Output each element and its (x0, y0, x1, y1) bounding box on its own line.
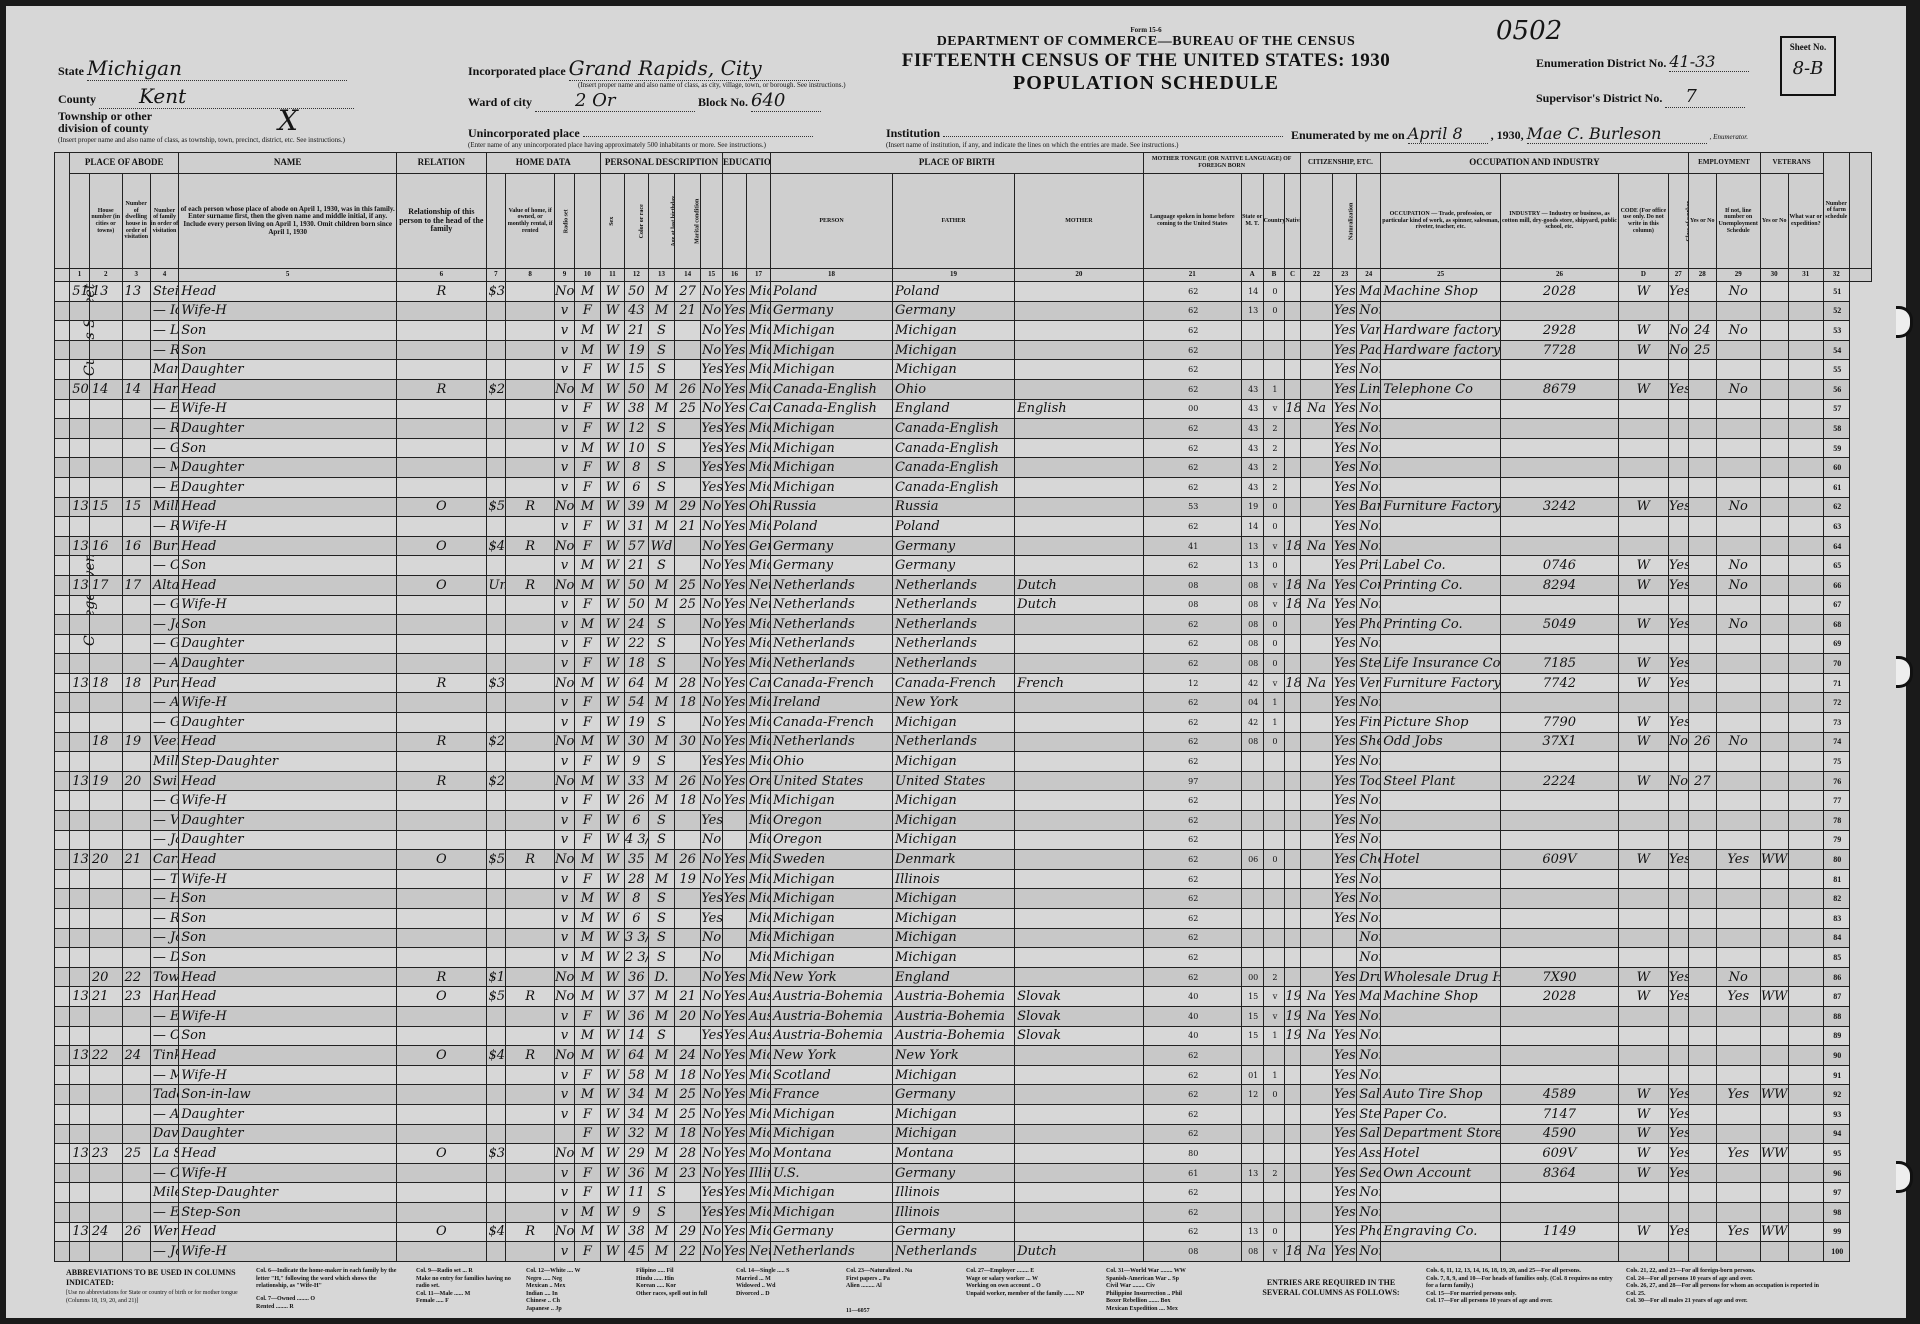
marital-condition: S (648, 1183, 674, 1203)
line-number: 67 (1823, 595, 1849, 615)
code-a: 40 (1143, 987, 1241, 1007)
age: 31 (624, 517, 648, 537)
mother-tongue (1015, 732, 1144, 752)
class-of-worker: W (1618, 575, 1668, 595)
marital-condition: M (648, 869, 674, 889)
marital-condition: D. (648, 967, 674, 987)
occupation-code: 7147 (1501, 1104, 1619, 1124)
class-of-worker: W (1618, 321, 1668, 341)
col-5-header: of each person whose place of abode on A… (179, 174, 397, 269)
line-number: 98 (1823, 1202, 1849, 1222)
sd-value: 7 (1665, 86, 1745, 108)
line-number: 61 (1823, 477, 1849, 497)
column-number: 14 (675, 269, 701, 282)
radio-set (506, 830, 555, 850)
birthplace-mother: Germany (893, 556, 1015, 576)
schedule-rows: 5111313Steiner, JosephHeadR$30NoMW50M27N… (55, 282, 1872, 1262)
relation: Head (179, 987, 397, 1007)
line-number: 88 (1823, 1006, 1849, 1026)
birthplace-mother: Michigan (893, 360, 1015, 380)
war: WW (1760, 1222, 1788, 1242)
industry (1381, 419, 1501, 439)
code-c (1263, 948, 1285, 968)
birthplace-mother: Netherlands (893, 595, 1015, 615)
read-write: Yes (723, 497, 747, 517)
code-c (1263, 869, 1285, 889)
enumerated-label: Enumerated by me on (1291, 128, 1405, 142)
class-of-worker (1618, 634, 1668, 654)
code-a: 00 (1143, 399, 1241, 419)
col-20-header: MOTHER (1015, 174, 1144, 269)
immigration-year (1285, 693, 1300, 713)
naturalization (1300, 497, 1333, 517)
code-b: 14 (1241, 282, 1263, 302)
street-cell (55, 869, 70, 889)
industry: Furniture Factory (1381, 673, 1501, 693)
marital-condition: M (648, 987, 674, 1007)
birthplace-mother: Illinois (893, 1202, 1015, 1222)
speaks-english: Yes (1333, 1006, 1357, 1026)
col-30-header: Yes or No (1760, 174, 1788, 269)
line-number: 62 (1823, 497, 1849, 517)
occupation-code: 4590 (1501, 1124, 1619, 1144)
industry (1381, 889, 1501, 909)
house-number (70, 517, 90, 537)
naturalization (1300, 909, 1333, 929)
farm-schedule (1788, 321, 1823, 341)
occupation-code: 5049 (1501, 615, 1619, 635)
war (1760, 889, 1788, 909)
age-first-marriage: 26 (675, 850, 701, 870)
birthplace-person: Michigan (747, 752, 771, 772)
occupation-code (1501, 909, 1619, 929)
relation: Son (179, 948, 397, 968)
occupation: None (1357, 791, 1381, 811)
street-cell (55, 477, 70, 497)
code-c: 0 (1263, 517, 1285, 537)
read-write: Yes (723, 575, 747, 595)
column-number: 9 (555, 269, 575, 282)
war (1760, 360, 1788, 380)
code-b (1241, 889, 1263, 909)
group-personal-description: PERSONAL DESCRIPTION (600, 153, 722, 174)
dwelling-number (89, 615, 122, 635)
radio-set (506, 928, 555, 948)
occupation: None (1357, 458, 1381, 478)
dwelling-number (89, 634, 122, 654)
birthplace-father: Michigan (770, 948, 892, 968)
farm: v (555, 477, 575, 497)
table-row: — Ann E.Wife-HvFW54M18NoYesMichiganIrela… (55, 693, 1872, 713)
occupation: Commercial Artist (1357, 575, 1381, 595)
code-b (1241, 830, 1263, 850)
birthplace-mother: England (893, 967, 1015, 987)
blank-col (55, 153, 70, 269)
industry: Machine Shop (1381, 987, 1501, 1007)
house-number: 1368 (70, 1144, 90, 1164)
farm: No (555, 850, 575, 870)
code-a: 62 (1143, 830, 1241, 850)
line-number: 77 (1823, 791, 1849, 811)
naturalization (1300, 301, 1333, 321)
sex: M (574, 948, 600, 968)
code-b: 13 (1241, 1222, 1263, 1242)
marital-condition: M (648, 732, 674, 752)
street-cell (55, 615, 70, 635)
age: 45 (624, 1242, 648, 1262)
naturalization (1300, 869, 1333, 889)
table-row: — Gertrude ADaughtervFW22SNoYesMichiganN… (55, 634, 1872, 654)
radio-set: R (506, 575, 555, 595)
home-owned-rented (397, 928, 486, 948)
dwelling-number (89, 1104, 122, 1124)
code-c: v (1263, 1242, 1285, 1262)
table-row: 13341515Miller, Steven WHeadO$5,000RNoMW… (55, 497, 1872, 517)
sex: M (574, 909, 600, 929)
unemployment-line (1688, 713, 1716, 733)
family-number: 15 (122, 497, 150, 517)
dwelling-number (89, 419, 122, 439)
family-number (122, 556, 150, 576)
street-cell (55, 340, 70, 360)
class-of-worker (1618, 536, 1668, 556)
family-number: 24 (122, 1046, 150, 1066)
person-name: — Gertrude A (150, 634, 178, 654)
race: W (600, 360, 624, 380)
race: W (600, 850, 624, 870)
school-attendance: Yes (701, 419, 723, 439)
abbr-col6: Col. 6—Indicate the home-maker in each f… (256, 1268, 406, 1291)
street-cell (55, 967, 70, 987)
farm-schedule (1788, 811, 1823, 831)
birthplace-person: Michigan (747, 654, 771, 674)
age-first-marriage: 22 (675, 1242, 701, 1262)
age: 64 (624, 673, 648, 693)
age-first-marriage: 29 (675, 497, 701, 517)
birthplace-mother: Michigan (893, 889, 1015, 909)
house-number (70, 458, 90, 478)
home-value (486, 438, 506, 458)
person-name: Tinkler, Jed E (150, 1046, 178, 1066)
column-number: 2 (89, 269, 122, 282)
code-a: 62 (1143, 321, 1241, 341)
school-attendance: No (701, 536, 723, 556)
mother-tongue (1015, 477, 1144, 497)
dwelling-number: 14 (89, 379, 122, 399)
marital-condition: S (648, 419, 674, 439)
age-first-marriage (675, 458, 701, 478)
table-row: — Donald L.SonvMW2 3/12SNoMichiganMichig… (55, 948, 1872, 968)
birthplace-mother: New York (893, 693, 1015, 713)
col-7-header: Home owned or rented (486, 174, 506, 269)
naturalization (1300, 1085, 1333, 1105)
farm-schedule (1788, 987, 1823, 1007)
home-owned-rented: R (397, 379, 486, 399)
read-write: Yes (723, 869, 747, 889)
industry: Department Store (1381, 1124, 1501, 1144)
dwelling-number (89, 438, 122, 458)
immigration-year (1285, 948, 1300, 968)
farm-schedule (1788, 771, 1823, 791)
age: 36 (624, 1006, 648, 1026)
line-number: 56 (1823, 379, 1849, 399)
col-6-header: Relationship of this person to the head … (397, 174, 486, 269)
family-number (122, 791, 150, 811)
birthplace-person: Michigan (747, 517, 771, 537)
enumerated-date: April 8 (1408, 124, 1488, 144)
street-cell (55, 850, 70, 870)
birthplace-person: Michigan (747, 634, 771, 654)
col-A-header: State or M. T. (1241, 174, 1263, 269)
home-owned-rented (397, 1242, 486, 1262)
age-first-marriage (675, 811, 701, 831)
line-number: 59 (1823, 438, 1849, 458)
group-mother-tongue: MOTHER TONGUE (OR NATIVE LANGUAGE) OF FO… (1143, 153, 1300, 174)
table-row: Davis, MarthaDaughterFW32M18NoYesMichiga… (55, 1124, 1872, 1144)
line-number: 82 (1823, 889, 1849, 909)
abbr-col14: Col. 14—Single ..... S Married ... M Wid… (736, 1268, 836, 1298)
age-first-marriage: 18 (675, 1065, 701, 1085)
house-number: 1334 (70, 497, 90, 517)
immigration-year (1285, 771, 1300, 791)
home-value: $4,500 (486, 1222, 506, 1242)
age: 26 (624, 791, 648, 811)
occupation: Salesman (1357, 1085, 1381, 1105)
marital-condition: M (648, 1222, 674, 1242)
sex: F (574, 791, 600, 811)
farm-schedule (1788, 791, 1823, 811)
age-first-marriage (675, 536, 701, 556)
immigration-year: 1883 (1285, 673, 1300, 693)
industry: Hotel (1381, 850, 1501, 870)
industry (1381, 458, 1501, 478)
relation: Wife-H (179, 517, 397, 537)
class-of-worker: W (1618, 771, 1668, 791)
speaks-english: Yes (1333, 497, 1357, 517)
farm-schedule (1788, 850, 1823, 870)
col-16-header: Attended school or college any time sinc… (723, 174, 747, 269)
age: 39 (624, 497, 648, 517)
birthplace-father: Austria-Bohemia (770, 1006, 892, 1026)
school-attendance: Yes (701, 811, 723, 831)
at-work (1668, 1046, 1688, 1066)
occupation: Sheet Metal Worker (1357, 732, 1381, 752)
race: W (600, 928, 624, 948)
state-label: State (58, 64, 84, 78)
at-work: Yes (1668, 654, 1688, 674)
code-b (1241, 1183, 1263, 1203)
race: W (600, 830, 624, 850)
farm-schedule (1788, 732, 1823, 752)
race: W (600, 1104, 624, 1124)
table-row: — John R.SonvMW3 3/12SNoMichiganMichigan… (55, 928, 1872, 948)
naturalization (1300, 340, 1333, 360)
occupation-code (1501, 1026, 1619, 1046)
house-number: 511 (70, 282, 90, 302)
birthplace-person: Michigan (747, 340, 771, 360)
occupation: None (1357, 928, 1381, 948)
occupation: None (1357, 399, 1381, 419)
dwelling-number: 13 (89, 282, 122, 302)
code-a: 62 (1143, 811, 1241, 831)
print-code: 11—6057 (846, 1308, 870, 1316)
veteran (1716, 713, 1760, 733)
house-number: 507 (70, 379, 90, 399)
dwelling-number: 19 (89, 771, 122, 791)
code-b (1241, 752, 1263, 772)
farm: No (555, 379, 575, 399)
person-name: — E. Irene (150, 477, 178, 497)
family-number (122, 399, 150, 419)
relation: Daughter (179, 477, 397, 497)
veteran (1716, 340, 1760, 360)
occupation: Packer (1357, 340, 1381, 360)
marital-condition: M (648, 1242, 674, 1262)
farm: No (555, 282, 575, 302)
table-row: — Tena W.Wife-HvFW28M19NoYesMichiganMich… (55, 869, 1872, 889)
house-number (70, 811, 90, 831)
line-number: 66 (1823, 575, 1849, 595)
line-number: 84 (1823, 928, 1849, 948)
birthplace-mother: Michigan (893, 909, 1015, 929)
block-value: 640 (751, 90, 821, 112)
abbr-col12-b: Filipino ..... Fil Hindu ...... Hin Kore… (636, 1268, 726, 1298)
relation: Head (179, 497, 397, 517)
population-schedule-table: PLACE OF ABODE NAME RELATION HOME DATA P… (54, 152, 1872, 1262)
table-row: 13481818Purtell, ThomasHeadR$35NoMW64M28… (55, 673, 1872, 693)
farm: No (555, 575, 575, 595)
naturalization (1300, 948, 1333, 968)
occupation: Sales Lady (1357, 1124, 1381, 1144)
farm: v (555, 340, 575, 360)
home-owned-rented: O (397, 1144, 486, 1164)
veteran (1716, 889, 1760, 909)
race: W (600, 673, 624, 693)
veteran (1716, 948, 1760, 968)
sex: F (574, 654, 600, 674)
veteran (1716, 477, 1760, 497)
marital-condition: M (648, 595, 674, 615)
sex: M (574, 575, 600, 595)
abbr-col23: Col. 23—Naturalized . Na First papers ..… (846, 1268, 956, 1291)
race: W (600, 282, 624, 302)
line-number: 100 (1823, 1242, 1849, 1262)
naturalization: Na (1300, 575, 1333, 595)
unemployment-line (1688, 556, 1716, 576)
occupation: Chef (1357, 850, 1381, 870)
relation: Wife-H (179, 869, 397, 889)
enumerated-year: , 1930, (1491, 128, 1524, 142)
mother-tongue (1015, 615, 1144, 635)
read-write: Yes (723, 1222, 747, 1242)
state-value: Michigan (87, 56, 347, 81)
school-attendance: No (701, 615, 723, 635)
person-name: — Mary E. (150, 458, 178, 478)
family-number: 13 (122, 282, 150, 302)
family-number (122, 1124, 150, 1144)
person-name: — George E. (150, 438, 178, 458)
farm-schedule (1788, 948, 1823, 968)
farm (555, 1124, 575, 1144)
code-b: 01 (1241, 1065, 1263, 1085)
code-c: 0 (1263, 556, 1285, 576)
mother-tongue (1015, 340, 1144, 360)
veteran (1716, 869, 1760, 889)
occupation: Machinist (1357, 282, 1381, 302)
industry (1381, 1026, 1501, 1046)
school-attendance: No (701, 771, 723, 791)
dwelling-number (89, 1124, 122, 1144)
occupation-code (1501, 301, 1619, 321)
read-write: Yes (723, 1104, 747, 1124)
immigration-year (1285, 732, 1300, 752)
home-value (486, 477, 506, 497)
column-number: A (1241, 269, 1263, 282)
street-cell (55, 1006, 70, 1026)
marital-condition: M (648, 693, 674, 713)
read-write: Yes (723, 1202, 747, 1222)
race: W (600, 693, 624, 713)
naturalization (1300, 1144, 1333, 1164)
veteran (1716, 909, 1760, 929)
immigration-year (1285, 634, 1300, 654)
radio-set (506, 1163, 555, 1183)
birthplace-mother: Michigan (893, 830, 1015, 850)
school-attendance: Yes (701, 909, 723, 929)
family-number (122, 360, 150, 380)
abbr-col31: Col. 31—World War ........ WW Spanish-Am… (1106, 1268, 1236, 1313)
war (1760, 575, 1788, 595)
family-number (122, 517, 150, 537)
radio-set: R (506, 536, 555, 556)
at-work (1668, 477, 1688, 497)
age: 11 (624, 1183, 648, 1203)
farm-schedule (1788, 693, 1823, 713)
house-number (70, 321, 90, 341)
age-first-marriage (675, 889, 701, 909)
class-of-worker (1618, 458, 1668, 478)
race: W (600, 654, 624, 674)
at-work (1668, 419, 1688, 439)
code-b: 13 (1241, 556, 1263, 576)
farm-schedule (1788, 615, 1823, 635)
table-row: — Ralph E.SonvMW19SNoYesMichiganMichigan… (55, 340, 1872, 360)
occupation-code (1501, 1202, 1619, 1222)
naturalization (1300, 1124, 1333, 1144)
person-name: Miles, Irene (150, 1183, 178, 1203)
immigration-year (1285, 419, 1300, 439)
sex: F (574, 1183, 600, 1203)
mother-tongue: Dutch (1015, 1242, 1144, 1262)
age-first-marriage: 18 (675, 1124, 701, 1144)
veteran (1716, 1006, 1760, 1026)
department-title: DEPARTMENT OF COMMERCE—BUREAU OF THE CEN… (866, 34, 1426, 50)
occupation-code (1501, 1242, 1619, 1262)
sex: M (574, 438, 600, 458)
sex: M (574, 1144, 600, 1164)
school-attendance: Yes (701, 438, 723, 458)
age: 64 (624, 1046, 648, 1066)
veteran: No (1716, 556, 1760, 576)
code-b (1241, 771, 1263, 791)
immigration-year (1285, 360, 1300, 380)
farm: No (555, 673, 575, 693)
farm-schedule (1788, 399, 1823, 419)
code-b: 15 (1241, 1006, 1263, 1026)
ward-value: 2 Or (535, 90, 695, 112)
radio-set (506, 948, 555, 968)
industry (1381, 1242, 1501, 1262)
